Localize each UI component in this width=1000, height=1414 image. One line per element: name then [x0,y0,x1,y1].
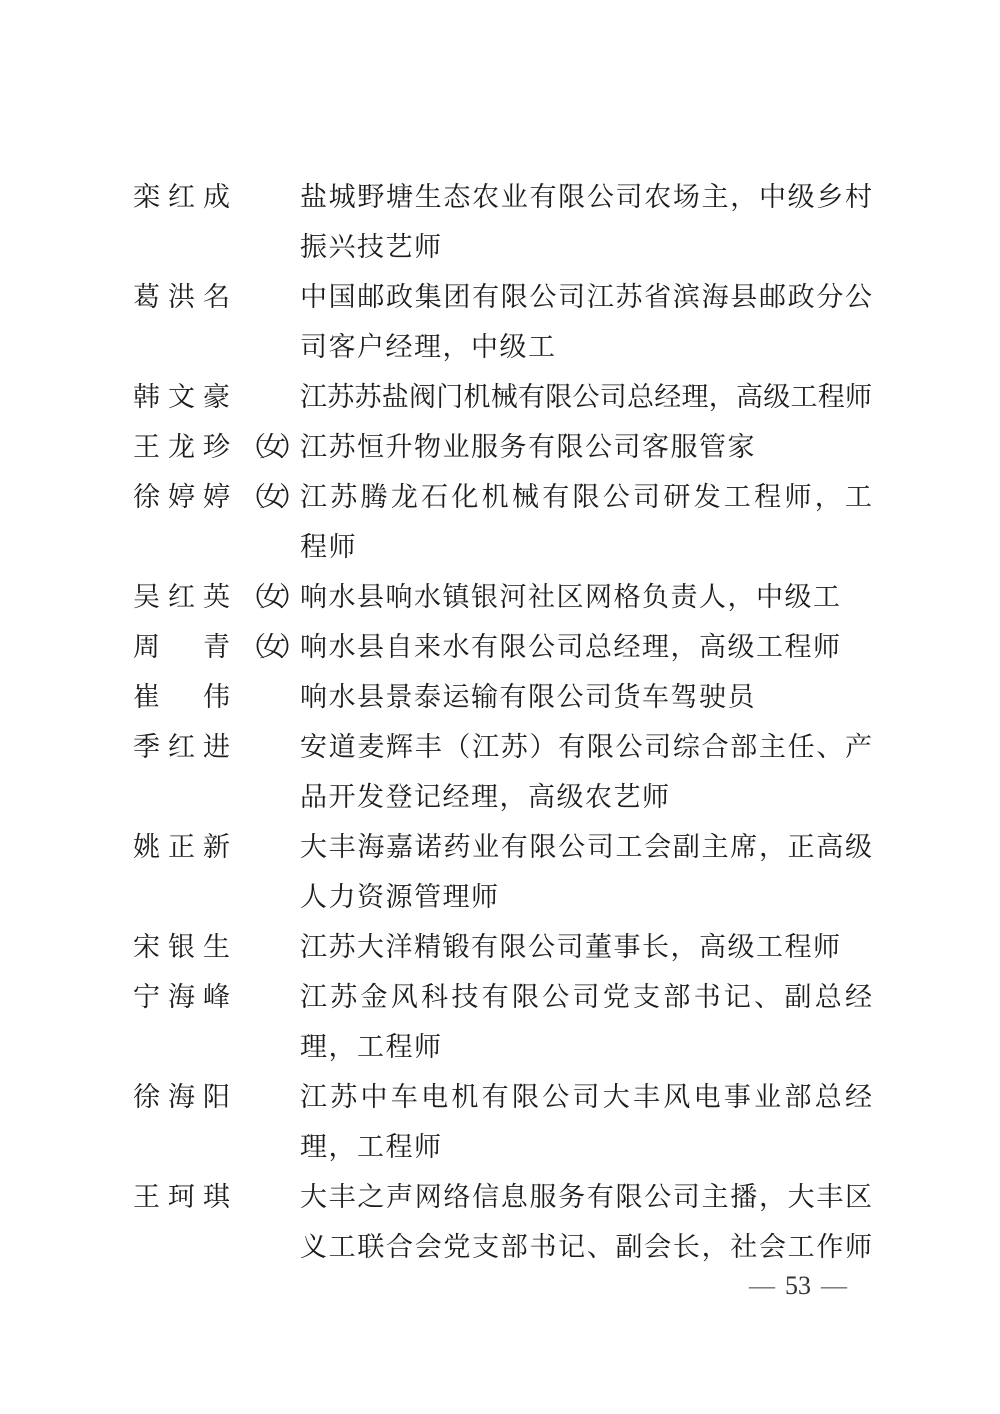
footer-dash-left: — [749,1271,775,1300]
footer-dash-right: — [821,1271,847,1300]
person-name-text: 吴红英 [133,582,238,612]
person-name-text: 姚正新 [133,832,238,862]
gender-marker: （女） [239,432,299,462]
person-description: 盐城野塘生态农业有限公司农场主，中级乡村振兴技艺师 [300,172,872,272]
description-line: 盐城野塘生态农业有限公司农场主，中级乡村 [300,172,872,222]
person-entry: 姚正新 大丰海嘉诺药业有限公司工会副主席，正高级人力资源管理师 [133,822,872,922]
person-name-text: 韩文豪 [133,382,238,412]
person-name: 崔 伟 [133,672,300,722]
person-description: 大丰之声网络信息服务有限公司主播，大丰区义工联合会党支部书记、副会长，社会工作师 [300,1172,872,1272]
description-line: 理，工程师 [300,1122,872,1172]
description-line: 人力资源管理师 [300,872,872,922]
description-line: 响水县景泰运输有限公司货车驾驶员 [300,672,872,722]
person-description: 江苏大洋精锻有限公司董事长，高级工程师 [300,922,872,972]
description-line: 响水县响水镇银河社区网格负责人，中级工 [300,572,872,622]
person-entry: 宋银生 江苏大洋精锻有限公司董事长，高级工程师 [133,922,872,972]
person-name: 周 青（女） [133,622,300,672]
gender-marker: （女） [239,632,299,662]
person-name: 姚正新 [133,822,300,872]
person-entry: 周 青（女） 响水县自来水有限公司总经理，高级工程师 [133,622,872,672]
entries-list: 栾红成 盐城野塘生态农业有限公司农场主，中级乡村振兴技艺师 葛洪名 中国邮政集团… [133,172,872,1272]
person-entry: 王珂琪 大丰之声网络信息服务有限公司主播，大丰区义工联合会党支部书记、副会长，社… [133,1172,872,1272]
person-name: 吴红英（女） [133,572,300,622]
description-line: 江苏恒升物业服务有限公司客服管家 [300,422,872,472]
person-description: 江苏腾龙石化机械有限公司研发工程师，工程师 [300,472,872,572]
person-name-text: 周 青 [133,632,238,662]
description-line: 中国邮政集团有限公司江苏省滨海县邮政分公 [300,272,872,322]
description-line: 安道麦辉丰（江苏）有限公司综合部主任、产 [300,722,872,772]
person-description: 安道麦辉丰（江苏）有限公司综合部主任、产品开发登记经理，高级农艺师 [300,722,872,822]
person-name: 葛洪名 [133,272,300,322]
person-name: 宁海峰 [133,972,300,1022]
person-name-text: 季红进 [133,732,238,762]
description-line: 江苏腾龙石化机械有限公司研发工程师，工 [300,472,872,522]
document-page: 栾红成 盐城野塘生态农业有限公司农场主，中级乡村振兴技艺师 葛洪名 中国邮政集团… [0,0,1000,1414]
person-name-text: 葛洪名 [133,282,238,312]
description-line: 江苏中车电机有限公司大丰风电事业部总经 [300,1072,872,1122]
person-description: 中国邮政集团有限公司江苏省滨海县邮政分公司客户经理，中级工 [300,272,872,372]
description-line: 大丰之声网络信息服务有限公司主播，大丰区 [300,1172,872,1222]
description-line: 品开发登记经理，高级农艺师 [300,772,872,822]
person-name-text: 宋银生 [133,932,238,962]
person-name-text: 徐海阳 [133,1082,238,1112]
gender-marker: （女） [239,482,299,512]
person-name-text: 徐婷婷 [133,482,238,512]
person-entry: 韩文豪 江苏苏盐阀门机械有限公司总经理，高级工程师 [133,372,872,422]
description-line: 理，工程师 [300,1022,872,1072]
description-line: 振兴技艺师 [300,222,872,272]
person-name: 韩文豪 [133,372,300,422]
description-line: 江苏苏盐阀门机械有限公司总经理，高级工程师 [300,372,872,422]
person-entry: 崔 伟 响水县景泰运输有限公司货车驾驶员 [133,672,872,722]
person-entry: 宁海峰 江苏金风科技有限公司党支部书记、副总经理，工程师 [133,972,872,1072]
person-description: 江苏苏盐阀门机械有限公司总经理，高级工程师 [300,372,872,422]
person-entry: 葛洪名 中国邮政集团有限公司江苏省滨海县邮政分公司客户经理，中级工 [133,272,872,372]
description-line: 江苏金风科技有限公司党支部书记、副总经 [300,972,872,1022]
person-entry: 徐海阳 江苏中车电机有限公司大丰风电事业部总经理，工程师 [133,1072,872,1172]
person-name-text: 宁海峰 [133,982,238,1012]
gender-marker: （女） [239,582,299,612]
description-line: 义工联合会党支部书记、副会长，社会工作师 [300,1222,872,1272]
description-line: 程师 [300,522,872,572]
person-entry: 季红进 安道麦辉丰（江苏）有限公司综合部主任、产品开发登记经理，高级农艺师 [133,722,872,822]
person-description: 江苏恒升物业服务有限公司客服管家 [300,422,872,472]
person-entry: 王龙珍（女） 江苏恒升物业服务有限公司客服管家 [133,422,872,472]
page-footer: —53— [749,1271,847,1301]
person-description: 响水县景泰运输有限公司货车驾驶员 [300,672,872,722]
person-entry: 吴红英（女） 响水县响水镇银河社区网格负责人，中级工 [133,572,872,622]
person-name: 王龙珍（女） [133,422,300,472]
description-line: 江苏大洋精锻有限公司董事长，高级工程师 [300,922,872,972]
page-number: 53 [785,1271,811,1300]
person-name-text: 崔 伟 [133,682,238,712]
person-entry: 徐婷婷（女） 江苏腾龙石化机械有限公司研发工程师，工程师 [133,472,872,572]
person-name: 徐海阳 [133,1072,300,1122]
description-line: 响水县自来水有限公司总经理，高级工程师 [300,622,872,672]
person-description: 江苏中车电机有限公司大丰风电事业部总经理，工程师 [300,1072,872,1172]
person-entry: 栾红成 盐城野塘生态农业有限公司农场主，中级乡村振兴技艺师 [133,172,872,272]
description-line: 司客户经理，中级工 [300,322,872,372]
person-name: 栾红成 [133,172,300,222]
person-name-text: 栾红成 [133,182,238,212]
person-name: 王珂琪 [133,1172,300,1222]
person-name: 宋银生 [133,922,300,972]
description-line: 大丰海嘉诺药业有限公司工会副主席，正高级 [300,822,872,872]
person-name-text: 王珂琪 [133,1182,238,1212]
person-description: 大丰海嘉诺药业有限公司工会副主席，正高级人力资源管理师 [300,822,872,922]
person-name: 徐婷婷（女） [133,472,300,522]
person-name-text: 王龙珍 [133,432,238,462]
person-name: 季红进 [133,722,300,772]
person-description: 响水县响水镇银河社区网格负责人，中级工 [300,572,872,622]
person-description: 响水县自来水有限公司总经理，高级工程师 [300,622,872,672]
person-description: 江苏金风科技有限公司党支部书记、副总经理，工程师 [300,972,872,1072]
